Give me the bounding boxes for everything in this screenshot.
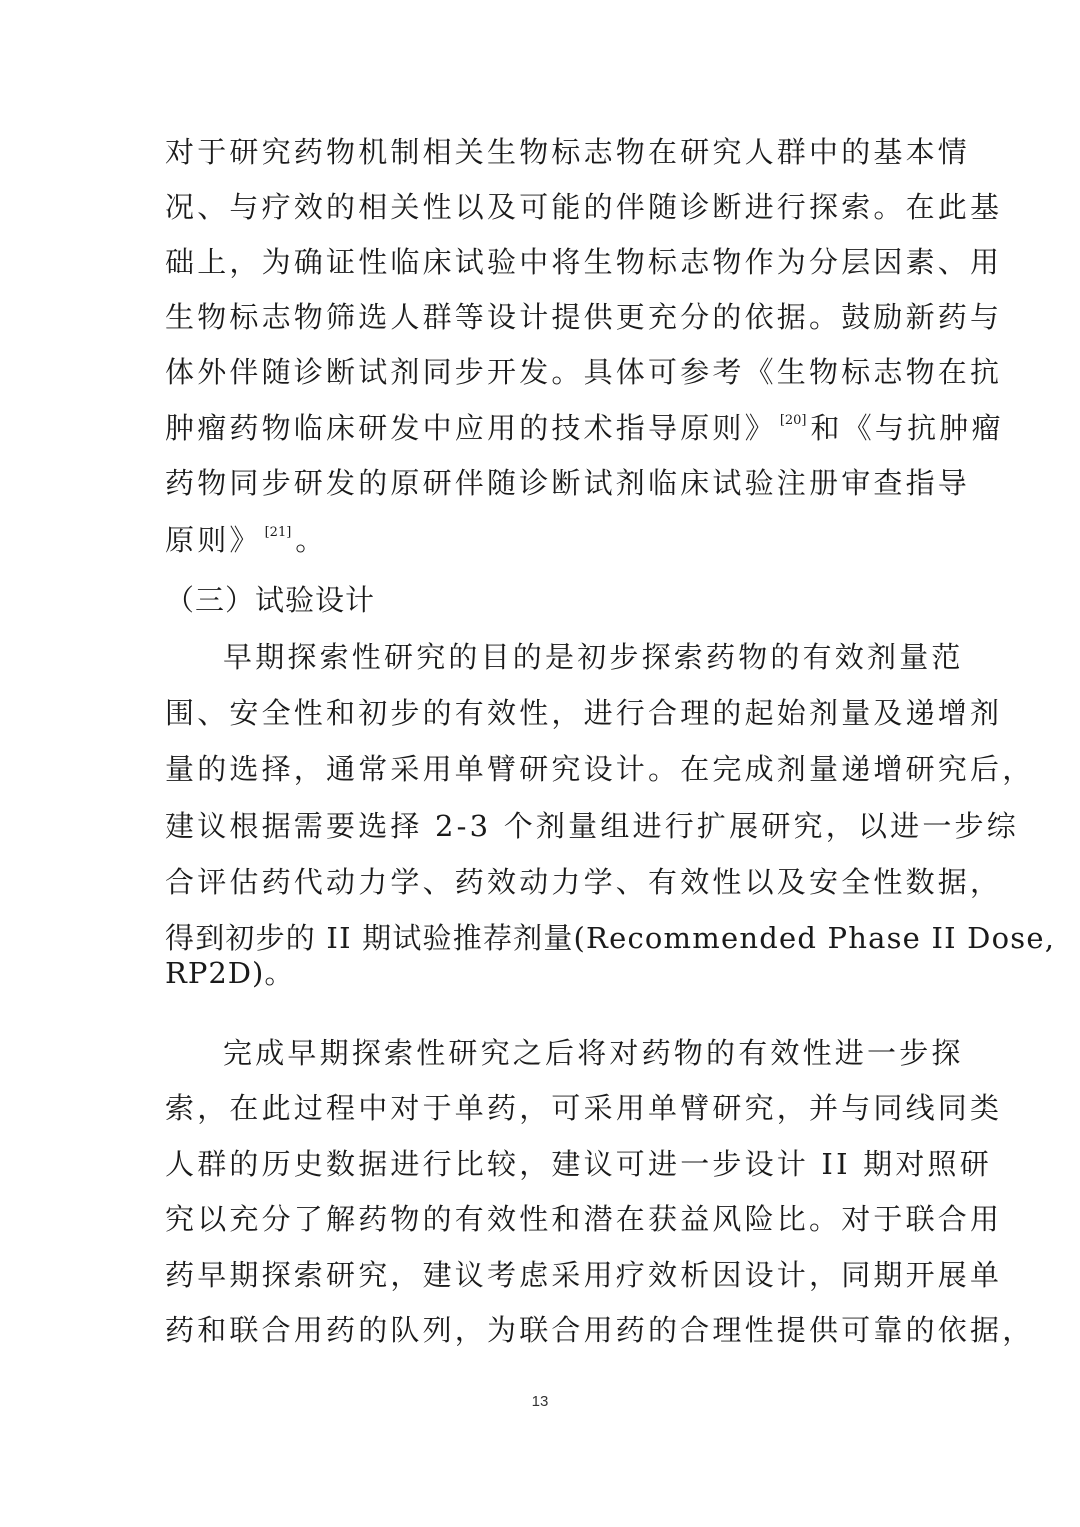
paragraph-1-line-8-text: 原则》 <box>165 523 262 557</box>
document-page: 对于研究药物机制相关生物标志物在研究人群中的基本情 况、与疗效的相关性以及可能的… <box>0 0 1080 1527</box>
paragraph-2-line-4: 建议根据需要选择 2-3 个剂量组进行扩展研究，以进一步综 <box>165 806 917 846</box>
paragraph-1-line-6: 肿瘤药物临床研发中应用的技术指导原则》[20]和《与抗肿瘤 <box>165 408 917 448</box>
paragraph-1-line-5: 体外伴随诊断试剂同步开发。具体可参考《生物标志物在抗 <box>165 352 917 392</box>
paragraph-1-line-3: 础上，为确证性临床试验中将生物标志物作为分层因素、用 <box>165 242 917 282</box>
paragraph-2-line-5: 合评估药代动力学、药效动力学、有效性以及安全性数据， <box>165 862 917 902</box>
paragraph-3-line-2: 索，在此过程中对于单药，可采用单臂研究，并与同线同类 <box>165 1088 917 1128</box>
paragraph-1-line-8: 原则》[21]。 <box>165 520 917 560</box>
paragraph-1-line-6-text-after: 和《与抗肿瘤 <box>811 411 1004 445</box>
paragraph-1-line-2: 况、与疗效的相关性以及可能的伴随诊断进行探索。在此基 <box>165 187 917 227</box>
paragraph-3-line-4: 究以充分了解药物的有效性和潜在获益风险比。对于联合用 <box>165 1199 917 1239</box>
paragraph-1-line-1: 对于研究药物机制相关生物标志物在研究人群中的基本情 <box>165 132 917 172</box>
paragraph-1-line-8-text-after: 。 <box>295 523 327 557</box>
paragraph-3-line-5: 药早期探索研究，建议考虑采用疗效析因设计，同期开展单 <box>165 1255 917 1295</box>
paragraph-2-line-1: 早期探索性研究的目的是初步探索药物的有效剂量范 <box>223 637 917 677</box>
reference-20: [20] <box>777 413 811 428</box>
paragraph-2-line-6: 得到初步的 II 期试验推荐剂量(Recommended Phase II Do… <box>165 918 917 958</box>
reference-21: [21] <box>262 525 296 540</box>
paragraph-2-line-3: 量的选择，通常采用单臂研究设计。在完成剂量递增研究后， <box>165 749 917 789</box>
paragraph-3-line-6: 药和联合用药的队列，为联合用药的合理性提供可靠的依据， <box>165 1310 917 1350</box>
page-number: 13 <box>0 1393 1080 1410</box>
paragraph-3-line-3: 人群的历史数据进行比较，建议可进一步设计 II 期对照研 <box>165 1144 917 1184</box>
paragraph-1-line-6-text: 肿瘤药物临床研发中应用的技术指导原则》 <box>165 411 777 445</box>
paragraph-2-line-7: RP2D)。 <box>165 953 917 993</box>
paragraph-3-line-1: 完成早期探索性研究之后将对药物的有效性进一步探 <box>223 1033 917 1073</box>
paragraph-2-line-2: 围、安全性和初步的有效性，进行合理的起始剂量及递增剂 <box>165 693 917 733</box>
paragraph-1-line-4: 生物标志物筛选人群等设计提供更充分的依据。鼓励新药与 <box>165 297 917 337</box>
section-heading: （三）试验设计 <box>165 580 917 620</box>
paragraph-1-line-7: 药物同步研发的原研伴随诊断试剂临床试验注册审查指导 <box>165 463 917 503</box>
